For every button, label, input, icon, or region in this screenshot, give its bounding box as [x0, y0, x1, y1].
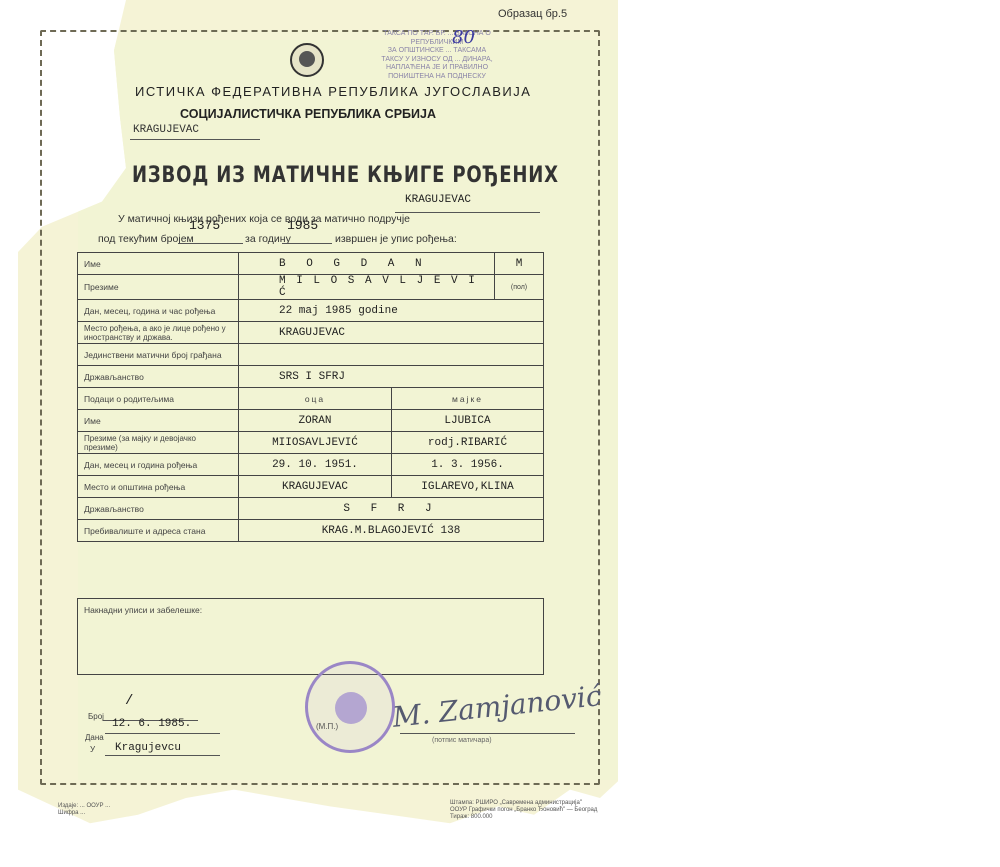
mother-first-name: LJUBICA — [392, 410, 544, 432]
parents-citizenship: S F R J — [239, 498, 544, 520]
parents-address: KRAG.M.BLAGOJEVIĆ 138 — [239, 520, 544, 542]
seal-emblem-icon — [335, 692, 367, 724]
table-row: Држављанство S F R J — [78, 498, 544, 520]
table-row: Место и општина рођења KRAGUJEVAC IGLARE… — [78, 476, 544, 498]
place-value: Kragujevcu — [115, 742, 181, 754]
coat-of-arms-icon — [290, 43, 324, 77]
table-row: Дан, месец и година рођења 29. 10. 1951.… — [78, 454, 544, 476]
registry-area: KRAGUJEVAC — [405, 194, 471, 206]
table-row: Држављанство SRS I SFRJ — [78, 366, 544, 388]
official-seal: (М.П.) — [305, 661, 395, 753]
sex-label: (пол) — [495, 275, 544, 300]
father-header: оца — [239, 388, 392, 410]
father-birth-date: 29. 10. 1951. — [239, 454, 392, 476]
form-number: Образац бр.5 — [498, 8, 567, 20]
table-row: Дан, месец, година и час рођења 22 maj 1… — [78, 300, 544, 322]
entry-number: 1375 — [189, 218, 220, 233]
mother-birth-place: IGLAREVO,KLINA — [392, 476, 544, 498]
table-row: Презиме M I L O S A V L J E V I Ć (пол) — [78, 275, 544, 300]
tax-stamp: ТАКСА ПО ТАР. БР. ... ЗАКОНА О РЕПУБЛИЧК… — [362, 30, 512, 81]
table-row: Презиме (за мајку и девојачко презиме) M… — [78, 432, 544, 454]
entry-year: 1985 — [287, 218, 318, 233]
child-jmbg — [239, 344, 544, 366]
child-surname: M I L O S A V L J E V I Ć — [239, 275, 495, 300]
printer-info: Штампа: РШИРО „Савремена администрација"… — [450, 800, 620, 821]
number-label: Број — [88, 712, 104, 721]
signature-label: (потпис матичара) — [432, 737, 492, 744]
tax-amount: 80 — [452, 34, 475, 43]
republic-heading: СОЦИЈАЛИСТИЧКА РЕПУБЛИКА СРБИЈА — [180, 107, 436, 121]
child-citizenship: SRS I SFRJ — [239, 366, 544, 388]
mother-birth-date: 1. 3. 1956. — [392, 454, 544, 476]
country-heading: ИСТИЧКА ФЕДЕРАТИВНА РЕПУБЛИКА ЈУГОСЛАВИЈ… — [135, 84, 531, 99]
table-row: Место рођења, а ако је лице рођено у ино… — [78, 322, 544, 344]
child-birth-date: 22 maj 1985 godine — [239, 300, 544, 322]
birth-registry-table: Име B O G D A N M Презиме M I L O S A V … — [77, 252, 544, 542]
date-label: Дана — [85, 733, 104, 742]
table-row: Име B O G D A N M — [78, 253, 544, 275]
child-birth-place: KRAGUJEVAC — [239, 322, 544, 344]
publisher-info: Издаје: ... ООУР ... Шифра ... — [58, 803, 128, 817]
table-row: Име ZORAN LJUBICA — [78, 410, 544, 432]
municipality: KRAGUJEVAC — [133, 124, 199, 136]
table-row: Јединствени матични број грађана — [78, 344, 544, 366]
sex-value: M — [495, 253, 544, 275]
notes-label: Накнадни уписи и забелешке: — [84, 605, 202, 615]
father-birth-place: KRAGUJEVAC — [239, 476, 392, 498]
table-row: Пребивалиште и адреса стана KRAG.M.BLAGO… — [78, 520, 544, 542]
number-value: / — [125, 693, 133, 709]
date-value: 12. 6. 1985. — [112, 718, 191, 730]
mother-surname: rodj.RIBARIĆ — [392, 432, 544, 454]
notes-box: Накнадни уписи и забелешке: — [77, 598, 544, 675]
page-title: ИЗВОД ИЗ МАТИЧНЕ КЊИГЕ РОЂЕНИХ — [132, 163, 559, 188]
mother-header: мајке — [392, 388, 544, 410]
table-row: Подаци о родитељима оца мајке — [78, 388, 544, 410]
intro-line-1: У матичној књизи рођених која се води за… — [118, 213, 410, 225]
father-first-name: ZORAN — [239, 410, 392, 432]
intro-line-2c: извршен је упис рођења: — [335, 233, 457, 245]
child-first-name: B O G D A N — [239, 253, 495, 275]
father-surname: MIIOSAVLJEVIĆ — [239, 432, 392, 454]
place-label: У — [90, 745, 95, 754]
